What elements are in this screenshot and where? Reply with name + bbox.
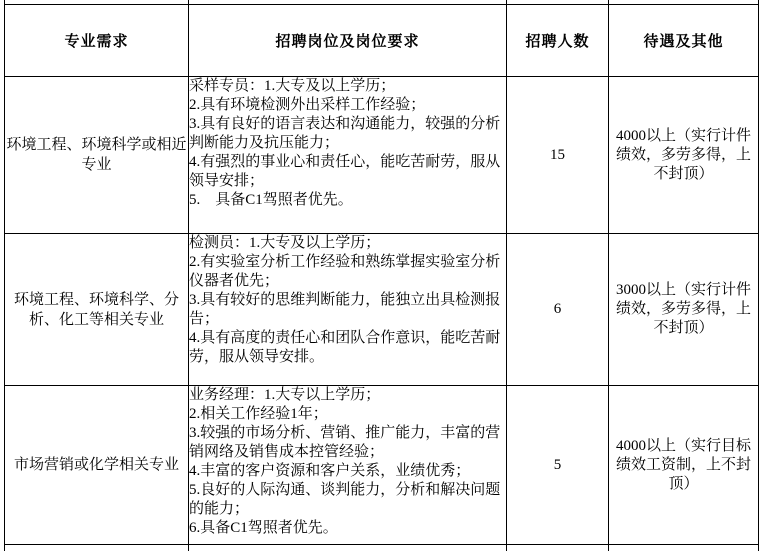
requirement-line: 3.具有良好的语言表达和沟通能力，较强的分析判断能力及抗压能力； [189, 115, 506, 153]
requirement-line: 6.具备C1驾照者优先。 [189, 519, 506, 538]
partial-row-below [5, 545, 759, 552]
header-position-requirements: 招聘岗位及岗位要求 [189, 5, 507, 77]
document-page: 专业需求 招聘岗位及岗位要求 招聘人数 待遇及其他 环境工程、环境科学或相近专业… [0, 0, 762, 554]
partial-cell [5, 545, 189, 552]
table-row: 环境工程、环境科学、分析、化工等相关专业 检测员：1.大专及以上学历；2.有实验… [5, 234, 759, 386]
requirements-cell: 检测员：1.大专及以上学历；2.有实验室分析工作经验和熟练掌握实验室分析仪器者优… [189, 234, 507, 386]
requirement-line: 4.有强烈的事业心和责任心，能吃苦耐劳，服从领导安排； [189, 153, 506, 191]
requirements-cell: 采样专员：1.大专及以上学历；2.具有环境检测外出采样工作经验；3.具有良好的语… [189, 77, 507, 234]
header-row: 专业需求 招聘岗位及岗位要求 招聘人数 待遇及其他 [5, 5, 759, 77]
requirement-line: 5.良好的人际沟通、谈判能力，分析和解决问题的能力； [189, 481, 506, 519]
requirement-line: 检测员：1.大专及以上学历； [189, 234, 506, 253]
requirement-line: 2.有实验室分析工作经验和熟练掌握实验室分析仪器者优先； [189, 253, 506, 291]
requirements-cell: 业务经理：1.大专以上学历；2.相关工作经验1年；3.较强的市场分析、营销、推广… [189, 386, 507, 545]
headcount-cell: 6 [507, 234, 609, 386]
requirement-line: 业务经理：1.大专以上学历； [189, 386, 506, 405]
partial-cell [507, 545, 609, 552]
partial-cell [609, 545, 759, 552]
partial-cell [189, 545, 507, 552]
requirement-line: 3.具有较好的思维判断能力，能独立出具检测报告； [189, 291, 506, 329]
headcount-cell: 15 [507, 77, 609, 234]
table-row: 环境工程、环境科学或相近专业 采样专员：1.大专及以上学历；2.具有环境检测外出… [5, 77, 759, 234]
requirement-line: 4.丰富的客户资源和客户关系，业绩优秀； [189, 462, 506, 481]
recruitment-table: 专业需求 招聘岗位及岗位要求 招聘人数 待遇及其他 环境工程、环境科学或相近专业… [4, 0, 759, 551]
header-salary: 待遇及其他 [609, 5, 759, 77]
major-cell: 环境工程、环境科学或相近专业 [5, 77, 189, 234]
requirement-line: 4.具有高度的责任心和团队合作意识，能吃苦耐劳，服从领导安排。 [189, 329, 506, 367]
headcount-cell: 5 [507, 386, 609, 545]
major-cell: 市场营销或化学相关专业 [5, 386, 189, 545]
major-cell: 环境工程、环境科学、分析、化工等相关专业 [5, 234, 189, 386]
header-major: 专业需求 [5, 5, 189, 77]
requirement-line: 2.相关工作经验1年； [189, 405, 506, 424]
requirement-line: 采样专员：1.大专及以上学历； [189, 77, 506, 96]
table-row: 市场营销或化学相关专业 业务经理：1.大专以上学历；2.相关工作经验1年；3.较… [5, 386, 759, 545]
requirement-line: 5. 具备C1驾照者优先。 [189, 191, 506, 210]
requirement-line: 2.具有环境检测外出采样工作经验； [189, 96, 506, 115]
requirement-line: 3.较强的市场分析、营销、推广能力，丰富的营销网络及销售成本控管经验； [189, 424, 506, 462]
salary-cell: 4000以上（实行目标绩效工资制，上不封顶） [609, 386, 759, 545]
header-headcount: 招聘人数 [507, 5, 609, 77]
salary-cell: 4000以上（实行计件绩效，多劳多得，上不封顶） [609, 77, 759, 234]
salary-cell: 3000以上（实行计件绩效，多劳多得，上不封顶） [609, 234, 759, 386]
